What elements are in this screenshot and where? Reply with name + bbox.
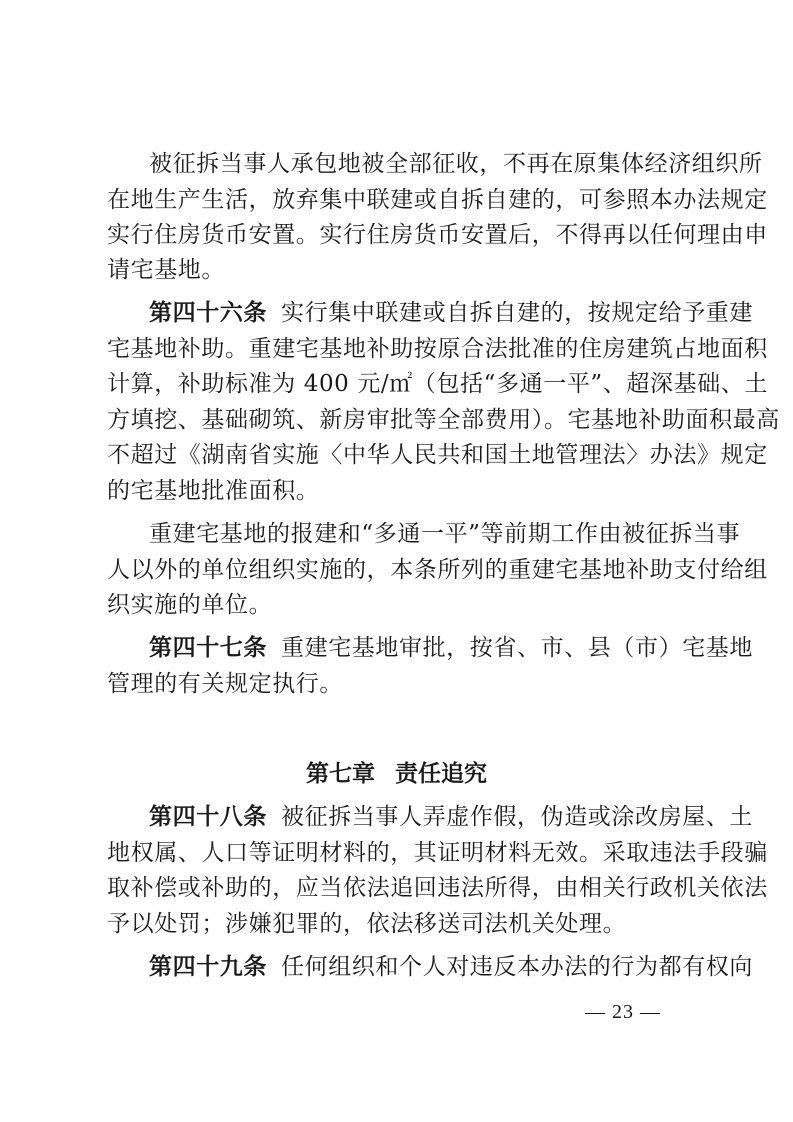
- article-text: 实行集中联建或自拆自建的，按规定给予重建: [281, 300, 753, 326]
- document-page: 被征拆当事人承包地被全部征收，不再在原集体经济组织所 在地生产生活，放弃集中联建…: [0, 0, 793, 1122]
- article-48-first-line: 第四十八条被征拆当事人弄虚作假，伪造或涂改房屋、土: [149, 803, 711, 831]
- paragraph-line: 予以处罚；涉嫌犯罪的，依法移送司法机关处理。: [107, 910, 711, 938]
- article-46-first-line: 第四十六条实行集中联建或自拆自建的，按规定给予重建: [149, 299, 711, 327]
- article-number: 第四十七条: [149, 634, 267, 661]
- paragraph-line: 被征拆当事人承包地被全部征收，不再在原集体经济组织所: [149, 150, 711, 178]
- paragraph-line: 方填挖、基础砌筑、新房审批等全部费用）。宅基地补助面积最高: [107, 406, 711, 434]
- chapter-heading: 第七章责任追究: [0, 760, 793, 788]
- paragraph-line: 取补偿或补助的，应当依法追回违法所得，由相关行政机关依法: [107, 874, 711, 902]
- article-text: 重建宅基地审批，按省、市、县（市）宅基地: [281, 635, 753, 661]
- paragraph-line: 管理的有关规定执行。: [107, 670, 711, 698]
- article-number: 第四十六条: [149, 299, 267, 326]
- article-49-first-line: 第四十九条任何组织和个人对违反本办法的行为都有权向: [149, 953, 711, 981]
- article-number: 第四十八条: [149, 803, 267, 830]
- paragraph-line: 的宅基地批准面积。: [107, 477, 711, 505]
- chapter-number: 第七章: [306, 761, 375, 787]
- article-47-first-line: 第四十七条重建宅基地审批，按省、市、县（市）宅基地: [149, 634, 711, 662]
- paragraph-line: 在地生产生活，放弃集中联建或自拆自建的，可参照本办法规定: [107, 186, 711, 214]
- paragraph-line: 宅基地补助。重建宅基地补助按原合法批准的住房建筑占地面积: [107, 335, 711, 363]
- paragraph-line: 织实施的单位。: [107, 591, 711, 619]
- paragraph-line: 实行住房货币安置。实行住房货币安置后，不得再以任何理由申: [107, 221, 711, 249]
- paragraph-line: 请宅基地。: [107, 256, 711, 284]
- article-text: 被征拆当事人弄虚作假，伪造或涂改房屋、土: [281, 804, 753, 830]
- chapter-title: 责任追究: [395, 761, 487, 787]
- article-text: 任何组织和个人对违反本办法的行为都有权向: [281, 954, 753, 980]
- paragraph-line: 计算，补助标准为 400 元/㎡（包括“多通一平”、超深基础、土: [107, 370, 711, 398]
- page-number: — 23 —: [585, 1000, 661, 1024]
- paragraph-line: 地权属、人口等证明材料的，其证明材料无效。采取违法手段骗: [107, 839, 711, 867]
- article-number: 第四十九条: [149, 953, 267, 980]
- paragraph-line: 不超过《湖南省实施〈中华人民共和国土地管理法〉办法》规定: [107, 441, 711, 469]
- paragraph-line: 重建宅基地的报建和“多通一平”等前期工作由被征拆当事: [149, 520, 711, 548]
- paragraph-line: 人以外的单位组织实施的，本条所列的重建宅基地补助支付给组: [107, 556, 711, 584]
